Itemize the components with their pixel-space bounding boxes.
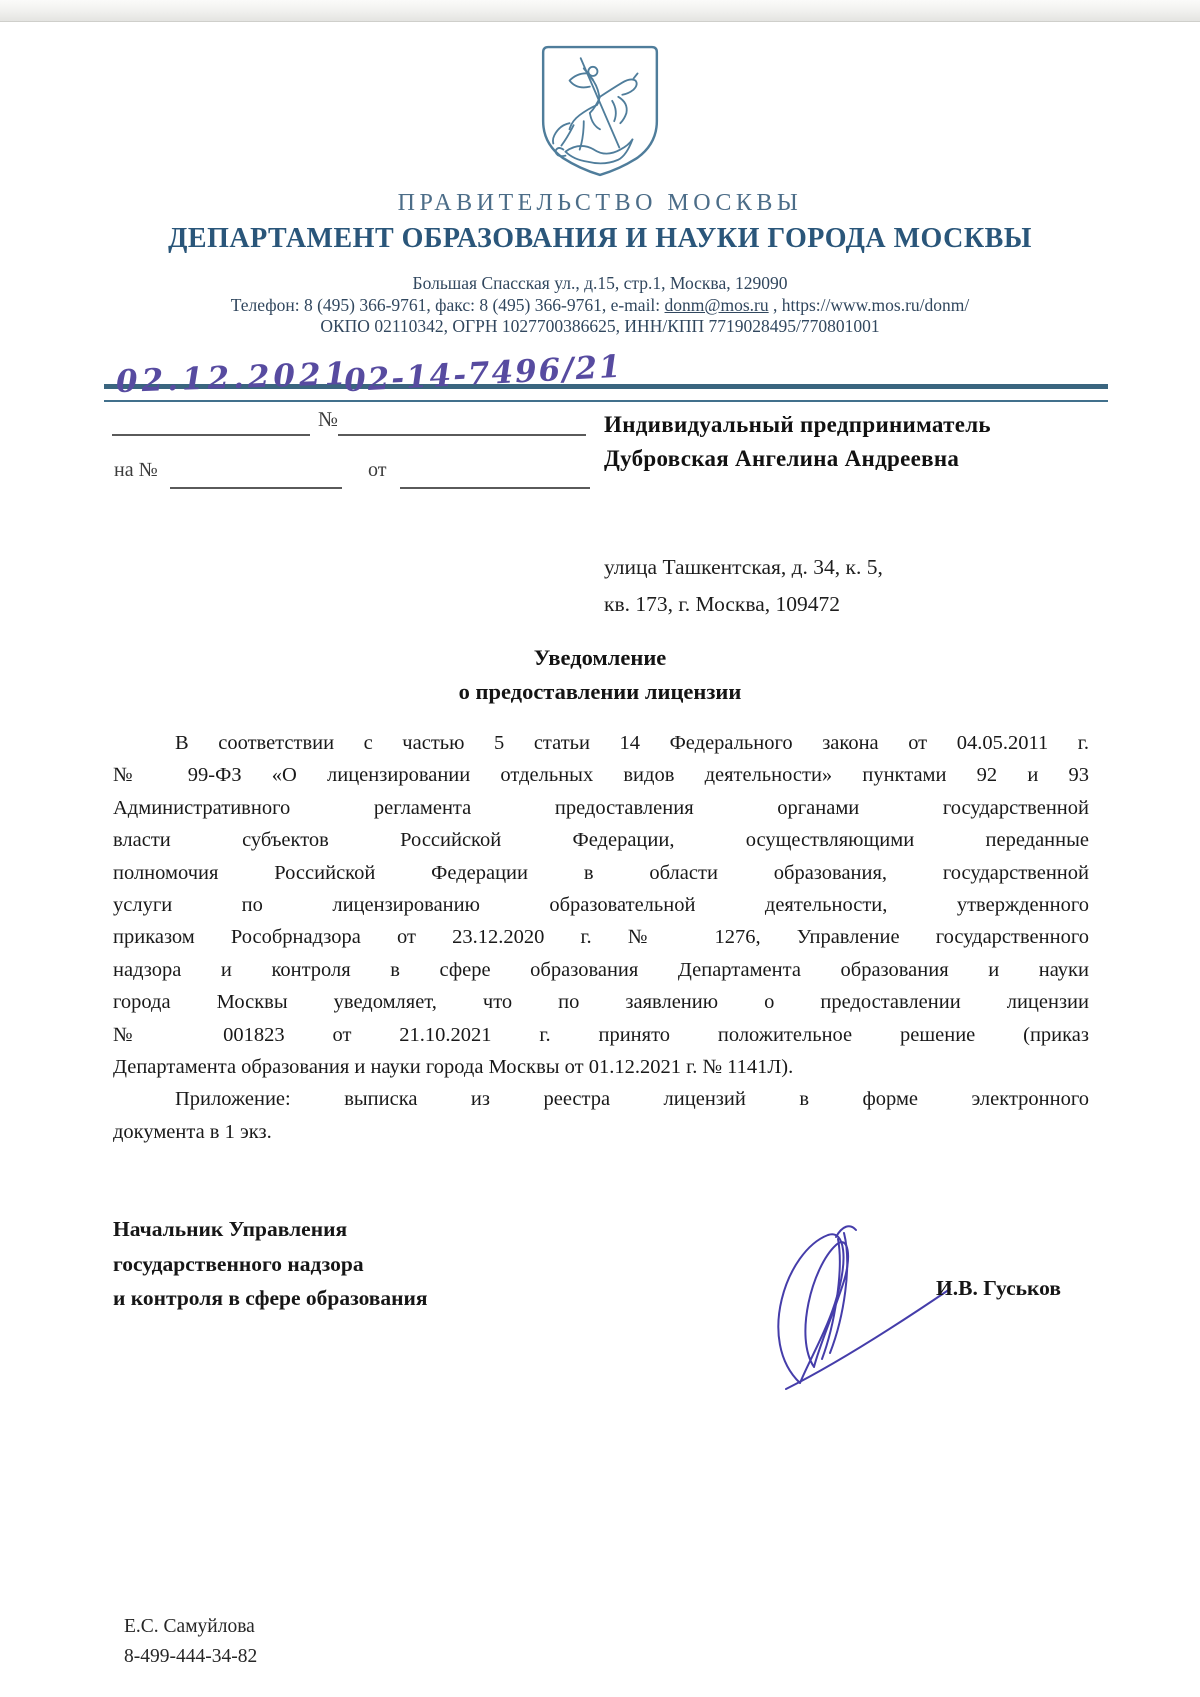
body-line: В соответствии с частью 5 статьи 14 Феде… (113, 727, 1089, 759)
recipient-address-line1: улица Ташкентская, д. 34, к. 5, (604, 549, 883, 586)
letterhead-contacts: Большая Спасская ул., д.15, стр.1, Москв… (0, 273, 1200, 338)
body-line: Приложение: выписка из реестра лицензий … (113, 1083, 1089, 1115)
government-title: ПРАВИТЕЛЬСТВО МОСКВЫ (0, 190, 1200, 217)
number-sign-label: № (318, 407, 338, 432)
body-line: приказом Рособрнадзора от 23.12.2020 г. … (113, 921, 1089, 953)
reply-date-field-line (400, 487, 590, 489)
reply-number-field-line (170, 487, 342, 489)
body-line: Департамента образования и науки города … (113, 1051, 1089, 1083)
signer-position-line1: Начальник Управления (113, 1212, 428, 1247)
executor-name: Е.С. Самуйлова (124, 1612, 257, 1642)
recipient-name: Дубровская Ангелина Андреевна (604, 442, 991, 476)
letterhead-phone-line: Телефон: 8 (495) 366-9761, факс: 8 (495)… (0, 295, 1200, 317)
letterhead-registry: ОКПО 02110342, ОГРН 1027700386625, ИНН/К… (0, 316, 1200, 338)
signer-position-line2: государственного надзора (113, 1247, 428, 1282)
executor-phone: 8-499-444-34-82 (124, 1642, 257, 1672)
body-line: услуги по лицензированию образовательной… (113, 889, 1089, 921)
reply-to-label: на № (114, 459, 158, 482)
body-line: власти субъектов Российской Федерации, о… (113, 824, 1089, 856)
scanned-letter-page: ПРАВИТЕЛЬСТВО МОСКВЫ ДЕПАРТАМЕНТ ОБРАЗОВ… (0, 0, 1200, 1697)
body-line: города Москвы уведомляет, что по заявлен… (113, 986, 1089, 1018)
body-line: надзора и контроля в сфере образования Д… (113, 954, 1089, 986)
number-field-line (338, 434, 586, 436)
recipient-name-block: Индивидуальный предприниматель Дубровска… (604, 408, 991, 476)
body-line: полномочия Российской Федерации в област… (113, 857, 1089, 889)
recipient-address-block: улица Ташкентская, д. 34, к. 5, кв. 173,… (604, 549, 883, 623)
recipient-address-line2: кв. 173, г. Москва, 109472 (604, 586, 883, 623)
signer-name: И.В. Гуськов (936, 1276, 1061, 1301)
body-line: документа в 1 экз. (113, 1116, 1089, 1148)
executor-block: Е.С. Самуйлова 8-499-444-34-82 (124, 1612, 257, 1672)
scan-edge-artifact (0, 0, 1200, 22)
signer-position-block: Начальник Управления государственного на… (113, 1212, 428, 1316)
document-title: Уведомление о предоставлении лицензии (0, 641, 1200, 709)
body-line: № 99-ФЗ «О лицензировании отдельных видо… (113, 759, 1089, 791)
document-title-line1: Уведомление (0, 641, 1200, 675)
handwritten-signature (742, 1215, 957, 1407)
phone-text: Телефон: 8 (495) 366-9761, факс: 8 (495)… (231, 295, 665, 315)
site-text: , https://www.mos.ru/donm/ (769, 295, 970, 315)
email-link: donm@mos.ru (665, 295, 769, 315)
letter-body: В соответствии с частью 5 статьи 14 Феде… (113, 727, 1089, 1148)
body-line: № 001823 от 21.10.2021 г. принято положи… (113, 1019, 1089, 1051)
recipient-type: Индивидуальный предприниматель (604, 408, 991, 442)
moscow-coat-of-arms-icon (539, 44, 661, 178)
signer-position-line3: и контроля в сфере образования (113, 1281, 428, 1316)
body-line: Административного регламента предоставле… (113, 792, 1089, 824)
department-title: ДЕПАРТАМЕНТ ОБРАЗОВАНИЯ И НАУКИ ГОРОДА М… (0, 223, 1200, 255)
reply-from-label: от (368, 459, 386, 482)
document-title-line2: о предоставлении лицензии (0, 675, 1200, 709)
date-field-line (112, 434, 310, 436)
letterhead-address: Большая Спасская ул., д.15, стр.1, Москв… (0, 273, 1200, 295)
